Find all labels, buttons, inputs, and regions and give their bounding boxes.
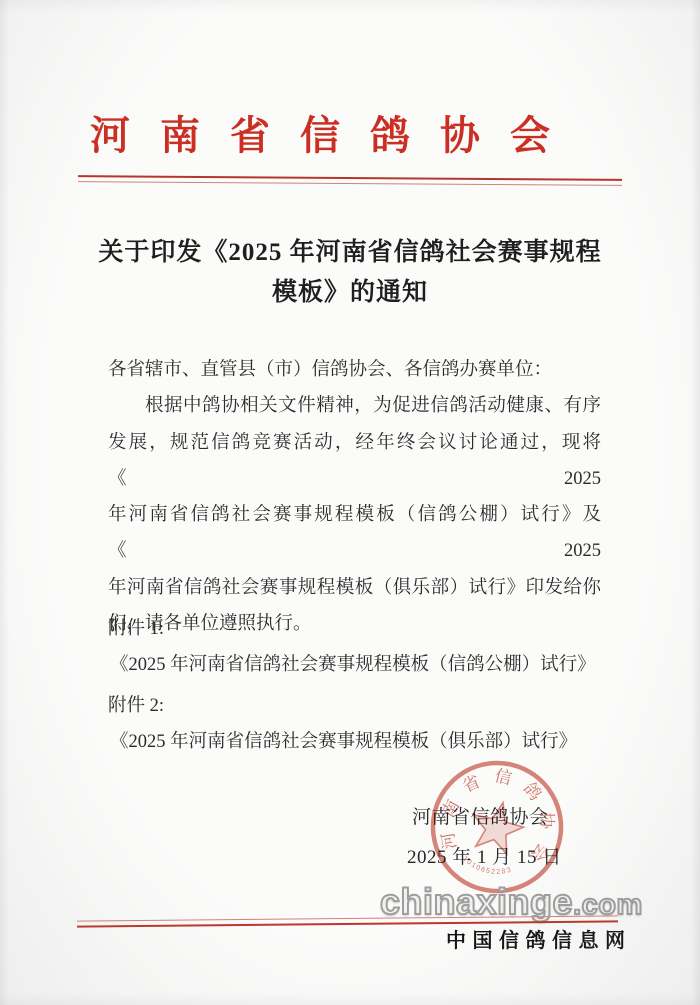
letterhead-org-name: 河南省信鸽协会 — [0, 104, 685, 161]
signature-date: 2025 年 1 月 15 日 — [407, 842, 562, 869]
letterhead-divider — [78, 175, 622, 185]
divider-thick-line — [78, 175, 622, 181]
paragraph-line: 发展，规范信鸽竞赛活动，经年终会议讨论通过，现将《2025 — [108, 425, 601, 498]
attachment1-label: 附件 1: — [108, 614, 164, 640]
attachment2-title: 《2025 年河南省信鸽社会赛事规程模板（俱乐部）试行》 — [110, 727, 577, 753]
attachment1-title: 《2025 年河南省信鸽社会赛事规程模板（信鸽公棚）试行》 — [110, 650, 596, 676]
signature-org-name: 河南省信鸽协会 — [412, 802, 549, 829]
paragraph-line: 年河南省信鸽社会赛事规程模板（信鸽公棚）试行》及《2025 — [108, 497, 601, 570]
attachment2-label: 附件 2: — [108, 691, 164, 717]
paragraph-line: 根据中鸽协相关文件精神，为促进信鸽活动健康、有序 — [108, 388, 601, 424]
document-body: 各省辖市、直管县（市）信鸽协会、各信鸽办赛单位： 根据中鸽协相关文件精神，为促进… — [108, 352, 601, 642]
paragraph-line: 年河南省信鸽社会赛事规程模板（俱乐部）试行》印发给你 — [108, 570, 601, 606]
document-title-line2: 模板》的通知 — [0, 273, 700, 313]
document-page: 河南省信鸽协会 关于印发《2025 年河南省信鸽社会赛事规程 模板》的通知 各省… — [0, 0, 700, 1005]
document-title-line1: 关于印发《2025 年河南省信鸽社会赛事规程 — [0, 233, 700, 273]
watermark-site-name: 中国信鸽信息网 — [446, 924, 632, 953]
document-title: 关于印发《2025 年河南省信鸽社会赛事规程 模板》的通知 — [0, 233, 700, 313]
divider-thin-line — [78, 181, 622, 186]
paragraph-line: 们，请各单位遵照执行。 — [108, 606, 601, 642]
salutation: 各省辖市、直管县（市）信鸽协会、各信鸽办赛单位： — [108, 352, 601, 388]
